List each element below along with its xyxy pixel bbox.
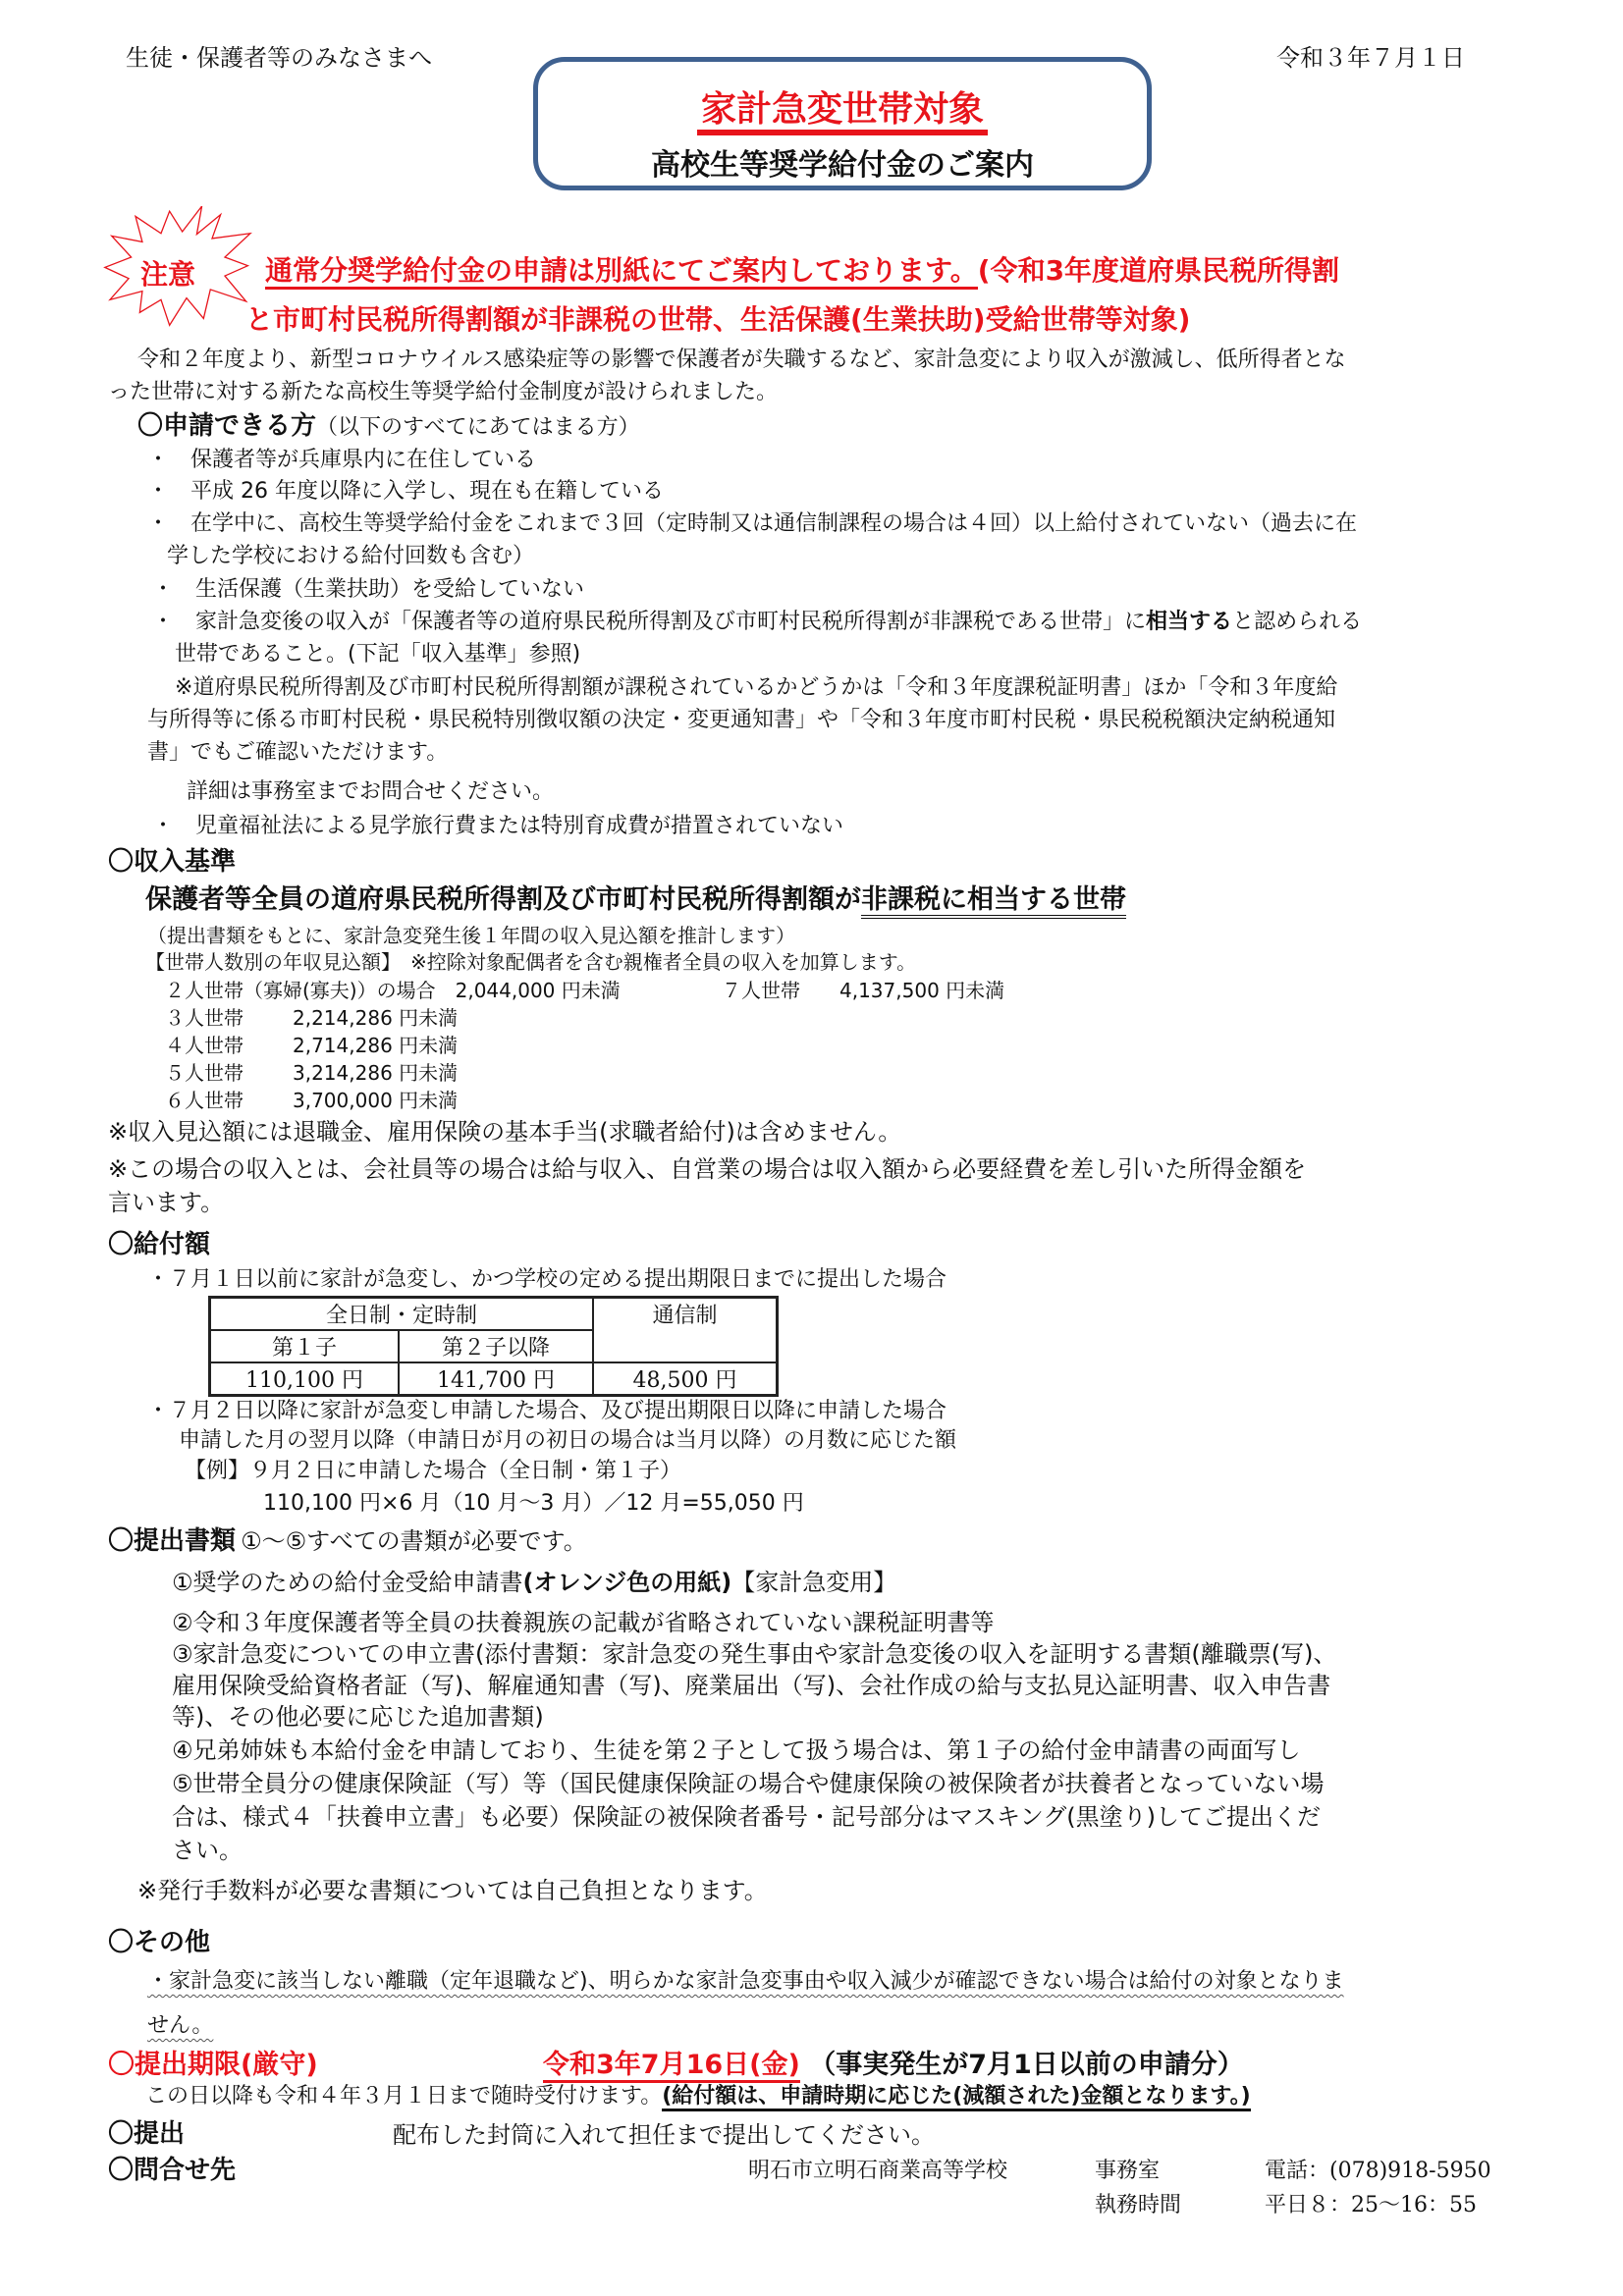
intro-line-2: った世帯に対する新たな高校生等奨学給付金制度が設けられました。 <box>108 379 778 406</box>
table-cell-correspondence-amount: 48,500 円 <box>593 1362 778 1396</box>
title-main: 家計急変世帯対象 <box>538 89 1147 131</box>
documents-heading: 〇提出書類 ①～⑤すべての書類が必要です。 <box>108 1525 587 1557</box>
office-hours: 平日８：25～16：55 <box>1265 2192 1477 2219</box>
eligibility-item: ・ 家計急変後の収入が「保護者等の道府県民税所得割及び市町村民税所得割が非課税で… <box>152 609 1362 636</box>
benefit-case-1: ・７月１日以前に家計が急変し、かつ学校の定める提出期限日までに提出した場合 <box>147 1266 947 1294</box>
document-item-1: ①奨学のための給付金受給申請書(オレンジ色の用紙)【家計急変用】 <box>172 1568 896 1597</box>
table-header-first-child: 第１子 <box>210 1330 400 1362</box>
table-header-second-child: 第２子以降 <box>399 1330 593 1362</box>
table-header-correspondence: 通信制 <box>593 1298 778 1363</box>
eligibility-item: ・ 平成 26 年度以降に入学し、現在も在籍している <box>147 478 664 506</box>
income-heading: 〇収入基準 <box>108 846 236 878</box>
recipient-line: 生徒・保護者等のみなさまへ <box>126 43 432 73</box>
tax-note-line: 与所得等に係る市町村民税・県民税特別徴収額の決定・変更通知書」や「令和３年度市町… <box>147 707 1335 734</box>
income-note-1: ※収入見込額には退職金、雇用保険の基本手当(求職者給付)は含めません。 <box>108 1117 901 1147</box>
income-row: ６人世帯3,700,000 円未満 <box>165 1088 458 1113</box>
income-lead: 保護者等全員の道府県民税所得割及び市町村民税所得割額が非課税に相当する世帯 <box>145 883 1126 917</box>
deadline-line: 令和3年7月16日(金) （事実発生が7月1日以前の申請分） <box>543 2049 1244 2082</box>
title-box: 家計急変世帯対象 高校生等奨学給付金のご案内 <box>533 57 1152 190</box>
document-item-3-cont: 等)、その他必要に応じた追加書類) <box>172 1702 544 1732</box>
income-row: ４人世帯2,714,286 円未満 <box>165 1033 458 1058</box>
table-cell-second-child-amount: 141,700 円 <box>399 1362 593 1396</box>
document-item-3: ③家計急変についての申立書(添付書類：家計急変の発生事由や家計急変後の収入を証明… <box>172 1639 1337 1669</box>
benefit-example-calc: 110,100 円×6 月（10 月～3 月）／12 月=55,050 円 <box>263 1490 804 1518</box>
income-row: ２人世帯（寡婦(寡夫)）の場合 2,044,000 円未満 <box>165 978 621 1003</box>
contact-school: 明石市立明石商業高等学校 <box>748 2158 1007 2185</box>
office-hours-label: 執務時間 <box>1095 2192 1181 2219</box>
notice-line-1: 通常分奨学給付金の申請は別紙にてご案内しております。(令和3年度道府県民税所得割 <box>265 253 1339 289</box>
contact-phone: 電話：(078)918-5950 <box>1265 2158 1491 2185</box>
income-note-2-cont: 言います。 <box>108 1188 224 1217</box>
benefit-heading: 〇給付額 <box>108 1229 210 1260</box>
income-row: ３人世帯2,214,286 円未満 <box>165 1005 458 1031</box>
eligibility-item-cont: 世帯であること。(下記「収入基準」参照) <box>175 641 580 668</box>
income-table-label: 【世帯人数別の年収見込額】 ※控除対象配偶者を含む親権者全員の収入を加算します。 <box>145 949 916 975</box>
intro-line-1: 令和２年度より、新型コロナウイルス感染症等の影響で保護者が失職するなど、家計急変… <box>137 347 1346 374</box>
notice-badge: 注意 <box>140 253 195 293</box>
income-note-2: ※この場合の収入とは、会社員等の場合は給与収入、自営業の場合は収入額から必要経費… <box>108 1154 1306 1184</box>
title-subtitle: 高校生等奨学給付金のご案内 <box>538 148 1147 184</box>
document-item-3-cont: 雇用保険受給資格者証（写)、解雇通知書（写)、廃業届出（写)、会社作成の給与支払… <box>172 1671 1330 1700</box>
eligibility-item: ・ 生活保護（生業扶助）を受給していない <box>152 576 584 604</box>
document-date: 令和３年７月１日 <box>1276 43 1465 73</box>
tax-note-line: ※道府県民税所得割及び市町村民税所得割額が課税されているかどうかは「令和３年度課… <box>175 674 1337 702</box>
submission-text: 配布した封筒に入れて担任まで提出してください。 <box>393 2120 935 2150</box>
document-item-5-cont: 合は、様式４「扶養申立書」も必要）保険証の被保険者番号・記号部分はマスキング(黒… <box>172 1802 1321 1832</box>
other-line-2: せん。 <box>147 2012 213 2040</box>
contact-heading: 〇問合せ先 <box>108 2155 236 2186</box>
deadline-heading: 〇提出期限(厳守) <box>108 2049 318 2082</box>
income-row-7: ７人世帯 4,137,500 円未満 <box>722 978 1004 1003</box>
contact-office-note: 詳細は事務室までお問合せください。 <box>187 778 554 806</box>
eligibility-item: ・ 児童福祉法による見学旅行費または特別育成費が措置されていない <box>152 813 843 840</box>
notice-line-2: と市町村民税所得割額が非課税の世帯、生活保護(生業扶助)受給世帯等対象) <box>245 302 1190 338</box>
other-line-1: ・家計急変に該当しない離職（定年退職など)、明らかな家計急変事由や収入減少が確認… <box>147 1968 1344 1996</box>
table-header-fulltime: 全日制・定時制 <box>210 1298 594 1331</box>
eligibility-item-cont: 学した学校における給付回数も含む） <box>167 543 534 570</box>
eligibility-heading: 〇申請できる方（以下のすべてにあてはまる方） <box>137 410 640 442</box>
deadline-after: この日以降も令和４年３月１日まで随時受付けます。(給付額は、申請時期に応じた(減… <box>145 2083 1251 2110</box>
eligibility-item: ・ 在学中に、高校生等奨学給付金をこれまで３回（定時制又は通信制課程の場合は４回… <box>147 510 1357 538</box>
table-cell-first-child-amount: 110,100 円 <box>210 1362 400 1396</box>
document-item-2: ②令和３年度保護者等全員の扶養親族の記載が省略されていない課税証明書等 <box>172 1608 995 1637</box>
benefit-case-2-detail: 申請した月の翌月以降（申請日が月の初日の場合は当月以降）の月数に応じた額 <box>179 1427 956 1455</box>
document-item-5-cont: さい。 <box>172 1836 243 1865</box>
document-item-5: ⑤世帯全員分の健康保険証（写）等（国民健康保険証の場合や健康保険の被保険者が扶養… <box>172 1769 1325 1798</box>
income-row: ５人世帯3,214,286 円未満 <box>165 1060 458 1086</box>
benefit-example-label: 【例】９月２日に申請した場合（全日制・第１子） <box>185 1458 681 1485</box>
fee-note: ※発行手数料が必要な書類については自己負担となります。 <box>137 1876 768 1905</box>
document-item-4: ④兄弟姉妹も本給付金を申請しており、生徒を第２子として扱う場合は、第１子の給付金… <box>172 1735 1301 1765</box>
submission-heading: 〇提出 <box>108 2118 185 2150</box>
contact-office: 事務室 <box>1095 2158 1160 2185</box>
eligibility-item: ・ 保護者等が兵庫県内に在住している <box>147 447 536 474</box>
tax-note-line: 書」でもご確認いただけます。 <box>147 739 448 767</box>
benefit-case-2: ・７月２日以降に家計が急変し申請した場合、及び提出期限日以降に申請した場合 <box>147 1398 947 1425</box>
other-heading: 〇その他 <box>108 1927 210 1958</box>
income-subnote: （提出書類をもとに、家計急変発生後１年間の収入見込額を推計します） <box>147 923 795 948</box>
benefit-table: 全日制・定時制 通信制 第１子 第２子以降 110,100 円 141,700 … <box>208 1296 779 1397</box>
